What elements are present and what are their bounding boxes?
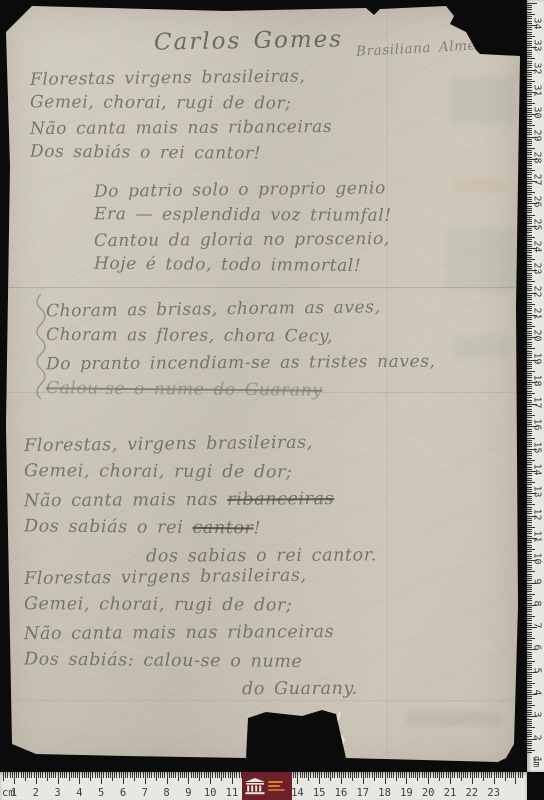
ruler-tick [527, 678, 532, 679]
poem-line: Gemei, chorai, rugi de dor; [30, 90, 332, 117]
ruler-tick [160, 772, 161, 778]
ruler-number: 8 [532, 595, 543, 611]
ruler-tick [84, 772, 85, 778]
ruler-tick [422, 772, 423, 778]
ruler-number: 28 [532, 149, 543, 165]
margin-wavy-line [33, 292, 47, 404]
ruler-tick [527, 413, 532, 414]
ruler-tick [365, 772, 366, 778]
poem-line: do Guarany. [242, 675, 358, 704]
ruler-number: 21 [444, 787, 457, 799]
ruler-tick [114, 772, 115, 778]
ruler-tick [527, 504, 535, 505]
ruler-tick [31, 772, 32, 778]
ruler-number: 15 [532, 439, 543, 455]
ruler-tick [527, 658, 532, 659]
ruler-tick [474, 772, 475, 778]
ruler-tick [99, 772, 100, 778]
ruler-tick [10, 772, 11, 778]
ruler-tick [7, 772, 8, 778]
ruler-tick [182, 772, 183, 778]
ruler-tick [527, 656, 532, 657]
ruler-tick [212, 772, 213, 778]
ruler-tick [372, 772, 373, 778]
ruler-tick [527, 723, 532, 724]
ruler-tick [454, 772, 455, 778]
poem-line: Hoje é todo, todo immortal! [94, 252, 392, 280]
ruler-tick [125, 772, 126, 778]
poem-line: Não canta mais nas ribanceiras [24, 485, 377, 515]
ruler-tick [302, 772, 303, 778]
ruler-tick [140, 772, 141, 778]
ruler-number: 29 [532, 127, 543, 143]
ruler-tick [527, 567, 532, 568]
museum-building-icon [245, 778, 265, 795]
ruler-tick [361, 772, 362, 778]
ruler-tick [441, 772, 442, 778]
poem-text: Do patrio solo o proprio genio [94, 178, 386, 202]
ruler-tick [295, 772, 296, 778]
ruler-tick [389, 772, 390, 778]
poem-line: Não canta mais nas ribanceiras [24, 618, 358, 648]
poem-line: Florestas virgens brasileiras, [24, 561, 358, 593]
ruler-tick [350, 772, 351, 778]
ruler-tick [452, 772, 453, 778]
ruler-tick [527, 79, 532, 80]
ruler-number: 23 [532, 261, 543, 277]
ruler-number: 33 [532, 38, 543, 54]
ruler-tick [5, 772, 6, 778]
ruler-number: 10 [204, 787, 217, 799]
ruler-tick [527, 525, 532, 526]
ruler-number: 20 [532, 328, 543, 344]
ruler-tick [527, 277, 532, 278]
ruler-number: 3 [532, 707, 543, 723]
ruler-tick [406, 772, 407, 784]
ruler-number: 3 [54, 787, 60, 799]
ruler-tick [527, 727, 535, 728]
ruler-number: 21 [532, 305, 543, 321]
ruler-tick [164, 772, 165, 778]
ruler-tick [527, 32, 532, 33]
ruler-tick [527, 188, 532, 189]
ruler-tick [230, 772, 231, 778]
ruler-tick [151, 772, 152, 778]
ruler-tick [121, 772, 122, 778]
ruler-tick [239, 772, 240, 778]
ruler-number: 18 [378, 787, 391, 799]
ruler-tick [21, 772, 22, 778]
ruler-tick [527, 703, 532, 704]
ruler-tick [527, 324, 532, 325]
ruler-tick [169, 772, 170, 778]
collection-note: Brasiliana Almeida [356, 36, 500, 59]
poem-text: Dos sabiás o rei cantor! [30, 142, 261, 164]
ruler-tick [527, 502, 532, 503]
ruler-tick [527, 165, 532, 166]
ruler-tick [443, 772, 444, 778]
ruler-tick [450, 772, 451, 784]
ruler-tick [419, 772, 420, 778]
ruler-number: 7 [142, 787, 148, 799]
ruler-tick [502, 772, 503, 778]
ruler-number: 27 [532, 172, 543, 188]
ruler-tick [509, 772, 510, 778]
ruler-tick [319, 772, 320, 784]
ruler-tick [130, 772, 131, 778]
poem-line: Do patrio solo o proprio genio [94, 176, 392, 205]
ruler-tick [101, 772, 102, 784]
ruler-tick [321, 772, 322, 778]
poem-line: Florestas virgens brasileiras, [30, 64, 332, 93]
ruler-tick [147, 772, 148, 778]
ghost-stamp [446, 228, 516, 292]
poem-text: Choram as brisas, choram as aves, [46, 297, 381, 321]
ruler-tick [402, 772, 403, 778]
poem-text: Gemei, chorai, rugi de dor; [24, 461, 293, 482]
ruler-tick [511, 772, 512, 778]
ruler-tick [385, 772, 386, 784]
ruler-tick [404, 772, 405, 778]
ruler-number: 14 [291, 787, 304, 799]
ruler-tick [527, 125, 535, 126]
ruler-tick [527, 455, 532, 456]
ruler-tick [374, 772, 375, 781]
ruler-tick [308, 772, 309, 781]
ruler-tick [156, 772, 157, 781]
ruler-tick [310, 772, 311, 778]
ruler-tick [315, 772, 316, 778]
ruler-tick [457, 772, 458, 778]
ruler-tick [306, 772, 307, 778]
ruler-tick [527, 591, 532, 592]
ruler-number: 22 [465, 787, 478, 799]
ruler-number: 16 [532, 417, 543, 433]
ruler-tick [527, 190, 532, 191]
ruler-tick [391, 772, 392, 778]
ruler-tick [363, 772, 364, 784]
ruler-tick [25, 772, 26, 781]
ruler-tick [110, 772, 111, 778]
ruler-tick [348, 772, 349, 778]
ruler-tick [476, 772, 477, 778]
ruler-tick [173, 772, 174, 778]
ghost-stamp [454, 178, 502, 192]
ruler-tick [470, 772, 471, 778]
poem-line: Gemei, chorai, rugi de dor; [24, 457, 377, 487]
archive-logo [242, 772, 292, 800]
ruler-tick [62, 772, 63, 778]
ruler-number: 10 [532, 551, 543, 567]
ruler-tick [199, 772, 200, 781]
poem-line: Florestas, virgens brasileiras, [24, 428, 377, 460]
ruler-tick [527, 748, 532, 749]
poem-line: Dos sabiás o rei cantor! [30, 140, 332, 168]
ruler-tick [527, 215, 535, 216]
ruler-tick [487, 772, 488, 778]
ruler-tick [42, 772, 43, 778]
poem-line: Não canta mais nas ribanceiras [30, 115, 332, 142]
ruler-tick [367, 772, 368, 778]
ruler-tick [527, 279, 532, 280]
ruler-tick [204, 772, 205, 778]
ruler-tick [191, 772, 192, 778]
poem-text: Não canta mais nas ribanceiras [24, 622, 334, 644]
ruler-tick [527, 388, 532, 389]
ruler-number: 26 [532, 194, 543, 210]
ruler-tick [55, 772, 56, 778]
ruler-tick [483, 772, 484, 781]
ruler-tick [14, 772, 15, 784]
ruler-tick [86, 772, 87, 778]
ruler-tick [527, 368, 532, 369]
ruler-tick [103, 772, 104, 778]
archive-logo-text [268, 781, 285, 791]
ruler-tick [193, 772, 194, 778]
ruler-tick [398, 772, 399, 778]
ruler-tick [527, 302, 532, 303]
ruler-tick [527, 681, 532, 682]
poem-text: Choram as flores, chora Cecy, [46, 325, 333, 347]
stanza: Florestas virgens brasileiras,Gemei, cho… [24, 563, 358, 703]
paper-scratch [388, 642, 495, 671]
ruler-tick [201, 772, 202, 778]
poem-text: Do pranto incendiam-se as tristes naves, [46, 352, 436, 375]
ruler-number: 6 [120, 787, 126, 799]
ruler-tick [527, 3, 537, 4]
stanza: Do patrio solo o proprio genioEra — espl… [94, 178, 392, 278]
ruler-number: 17 [532, 395, 543, 411]
ruler-tick [29, 772, 30, 778]
ruler-number: 22 [532, 283, 543, 299]
ruler-tick [513, 772, 514, 778]
ruler-tick [527, 281, 535, 282]
ruler-number: 17 [356, 787, 369, 799]
ruler-tick [461, 772, 462, 781]
ruler-tick [18, 772, 19, 778]
ruler-tick [527, 478, 532, 479]
ruler-tick [527, 101, 532, 102]
ruler-number: 32 [532, 60, 543, 76]
ruler-tick [223, 772, 224, 778]
ruler-tick [428, 772, 429, 784]
ruler-tick [527, 123, 532, 124]
poem-line: Era — esplendida voz triumfal! [94, 202, 392, 229]
ruler-number: 31 [532, 82, 543, 98]
ruler-tick [446, 772, 447, 778]
ruler-tick [58, 772, 59, 784]
ruler-tick [154, 772, 155, 778]
ruler-tick [459, 772, 460, 778]
ruler-tick [339, 772, 340, 778]
ruler-tick [435, 772, 436, 778]
poem-text: Não canta mais nas ribanceiras [30, 117, 332, 139]
ruler-number: 11 [226, 787, 239, 799]
poem-text: Florestas virgens brasileiras, [30, 66, 306, 89]
ruler-tick [188, 772, 189, 784]
ruler-tick [123, 772, 124, 784]
poem-line: Dos sabiás: calou-se o nume [24, 646, 358, 677]
ruler-tick [515, 772, 516, 784]
ruler-tick [426, 772, 427, 778]
ruler-number: 20 [422, 787, 435, 799]
stanza: Choram as brisas, choram as aves,Choram … [46, 296, 436, 404]
ruler-tick [527, 438, 535, 439]
horizontal-fold-crease [6, 287, 520, 289]
ruler-tick [127, 772, 128, 778]
ruler-tick [345, 772, 346, 778]
ruler-tick [496, 772, 497, 778]
ruler-tick [527, 9, 532, 10]
ruler-tick [424, 772, 425, 778]
ruler-tick [500, 772, 501, 778]
poem-line: Dos sabiás o rei cantor! [24, 512, 377, 543]
ruler-tick [82, 772, 83, 778]
ruler-number: 6 [532, 640, 543, 656]
ruler-tick [234, 772, 235, 778]
ruler-tick [411, 772, 412, 778]
ruler-tick [382, 772, 383, 778]
ruler-tick [527, 148, 535, 149]
ruler-tick [527, 34, 532, 35]
ruler-tick [186, 772, 187, 778]
ruler-tick [184, 772, 185, 778]
poem-text: Florestas virgens brasileiras, [24, 566, 307, 589]
ruler-tick [134, 772, 135, 781]
poem-text: ! [253, 518, 261, 538]
ruler-tick [232, 772, 233, 784]
ruler-number: 16 [335, 787, 348, 799]
ruler-tick [527, 12, 532, 13]
ruler-tick [12, 772, 13, 778]
ruler-tick [527, 569, 532, 570]
ruler-tick [527, 725, 532, 726]
poem-text: Gemei, chorai, rugi de dor; [30, 92, 292, 113]
ruler-tick [527, 480, 532, 481]
ruler-tick [162, 772, 163, 778]
ruler-tick [175, 772, 176, 778]
ruler-tick [396, 772, 397, 781]
ruler-tick [36, 772, 37, 784]
ruler-number: 12 [532, 506, 543, 522]
ruler-tick [69, 772, 70, 781]
ruler-tick [522, 772, 523, 778]
ghost-stamp [454, 336, 510, 358]
ruler-tick [527, 614, 532, 615]
faint-inscription [406, 712, 502, 726]
ruler-tick [108, 772, 109, 778]
ruler-tick [77, 772, 78, 778]
poem-line: Do pranto incendiam-se as tristes naves, [46, 349, 436, 379]
ruler-tick [527, 411, 532, 412]
ruler-tick [195, 772, 196, 778]
ruler-tick [51, 772, 52, 778]
ruler-tick [498, 772, 499, 778]
ruler-tick [112, 772, 113, 781]
poem-line: Choram as flores, chora Cecy, [46, 322, 436, 351]
ruler-tick [328, 772, 329, 778]
ruler-tick [527, 322, 532, 323]
struck-text: ribanceiras [227, 489, 334, 510]
ruler-tick [448, 772, 449, 778]
tear-crack [332, 708, 362, 762]
ruler-number: 9 [532, 573, 543, 589]
ruler-tick [354, 772, 355, 778]
poem-text: Hoje é todo, todo immortal! [94, 254, 361, 276]
ruler-tick [38, 772, 39, 778]
ruler-tick [215, 772, 216, 778]
ruler-tick [334, 772, 335, 778]
ruler-number: 8 [163, 787, 169, 799]
ruler-tick [221, 772, 222, 781]
ruler-tick [208, 772, 209, 778]
ruler-tick [337, 772, 338, 778]
ruler-tick [326, 772, 327, 778]
ruler-tick [228, 772, 229, 778]
ruler-tick [527, 348, 535, 349]
ruler-number: 5 [532, 662, 543, 678]
ruler-tick [297, 772, 298, 784]
ruler-tick [79, 772, 80, 784]
ruler-tick [527, 121, 532, 122]
ruler-tick [527, 571, 535, 572]
ruler-tick [417, 772, 418, 781]
ruler-tick [95, 772, 96, 778]
ruler-tick [527, 701, 532, 702]
ruler-tick [49, 772, 50, 778]
ruler-tick [527, 458, 532, 459]
ruler-number: 2 [532, 729, 543, 745]
ruler-tick [527, 344, 532, 345]
ruler-tick [71, 772, 72, 778]
ruler-tick [527, 636, 532, 637]
ruler-tick [494, 772, 495, 784]
ruler-tick [210, 772, 211, 784]
poem-text: Dos sabiás: calou-se o nume [24, 650, 303, 672]
ruler-tick [527, 5, 532, 6]
ruler-tick [53, 772, 54, 778]
ruler-tick [527, 212, 532, 213]
ruler-tick [343, 772, 344, 778]
ruler-tick [225, 772, 226, 778]
ruler-tick [527, 634, 532, 635]
ruler-tick [527, 99, 532, 100]
ruler-tick [527, 7, 532, 8]
poem-title: Carlos Gomes [154, 26, 344, 55]
ruler-tick [376, 772, 377, 778]
ruler-number: 1 [532, 751, 543, 767]
ruler-tick [332, 772, 333, 778]
poem-text: Dos sabiás o rei [24, 516, 193, 537]
poem-line: Choram as brisas, choram as aves, [46, 294, 436, 326]
ruler-tick [23, 772, 24, 778]
ruler-tick [527, 611, 532, 612]
ruler-number: 4 [76, 787, 82, 799]
ruler-tick [136, 772, 137, 778]
ruler-tick [439, 772, 440, 781]
ruler-tick [358, 772, 359, 778]
ruler-tick [465, 772, 466, 778]
struck-text: cantor [192, 518, 253, 539]
ruler-tick [489, 772, 490, 778]
ruler-tick [527, 255, 532, 256]
ruler-tick [527, 594, 535, 595]
ruler-tick [527, 56, 532, 57]
ruler-tick [73, 772, 74, 778]
ruler-tick [485, 772, 486, 778]
ruler-number: 15 [313, 787, 326, 799]
ruler-tick [415, 772, 416, 778]
